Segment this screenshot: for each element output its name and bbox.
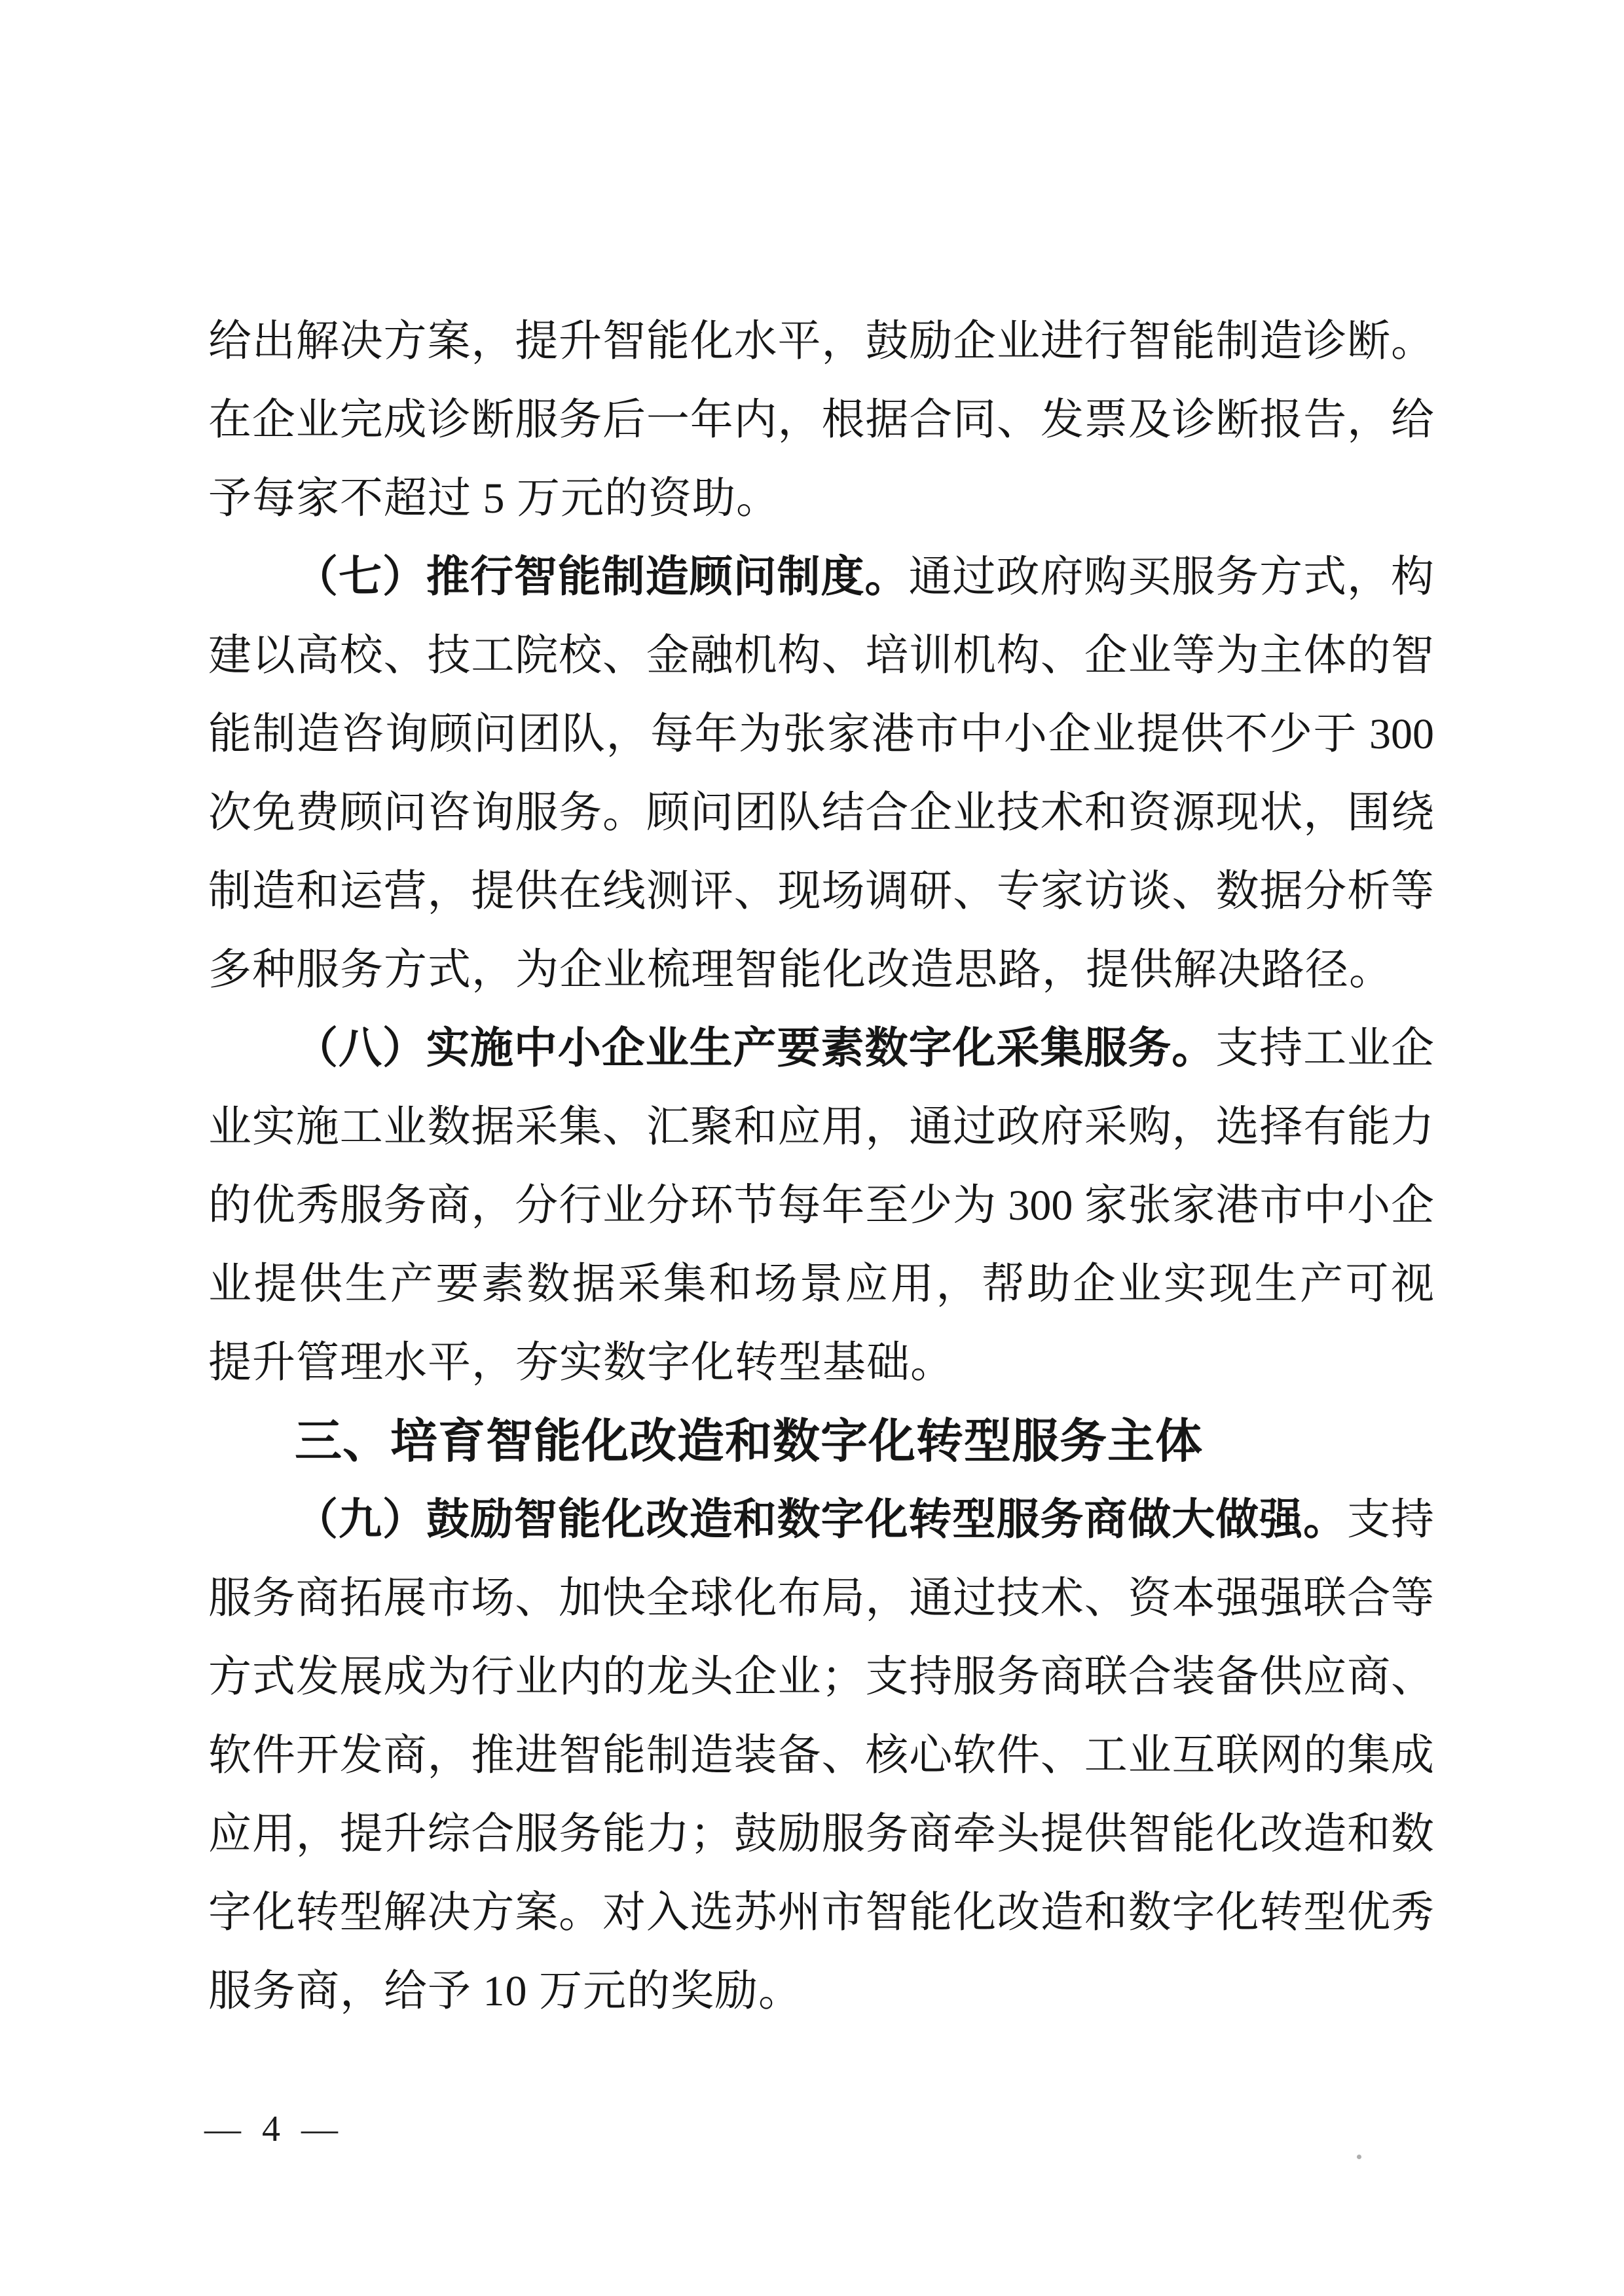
text-line: 业实施工业数据采集、汇聚和应用，通过政府采购，选择有能力 (208, 1088, 1434, 1167)
text-line: 建以高校、技工院校、金融机构、培训机构、企业等为主体的智 (208, 617, 1434, 695)
text-line: 多种服务方式，为企业梳理智能化改造思路，提供解决路径。 (208, 931, 1434, 1010)
text-segment: 业提供生产要素数据采集和场景应用，帮助企业实现生产可视化， (208, 1260, 1434, 1324)
text-line: 制造和运营，提供在线测评、现场调研、专家访谈、数据分析等 (208, 852, 1434, 931)
text-line: 应用，提升综合服务能力；鼓励服务商牵头提供智能化改造和数 (208, 1795, 1434, 1874)
page-footer: — 4 — (204, 2105, 339, 2153)
text-line: （九）鼓励智能化改造和数字化转型服务商做大做强。支持 (208, 1481, 1434, 1559)
text-line: 予每家不超过 5 万元的资助。 (208, 460, 1434, 538)
text-line: （七）推行智能制造顾问制度。通过政府购买服务方式，构 (208, 538, 1434, 617)
document-body: 给出解决方案，提升智能化水平，鼓励企业进行智能制造诊断。在企业完成诊断服务后一年… (208, 302, 1434, 2031)
text-segment: 三、培育智能化改造和数字化转型服务主体 (295, 1415, 1203, 1468)
text-segment: 予每家不超过 5 万元的资助。 (208, 475, 780, 522)
text-segment: 制造和运营，提供在线测评、现场调研、专家访谈、数据分析等 (208, 867, 1434, 915)
text-segment: 支持工业企 (1215, 1025, 1434, 1072)
text-line: （八）实施中小企业生产要素数字化采集服务。支持工业企 (208, 1010, 1434, 1088)
text-segment: 应用，提升综合服务能力；鼓励服务商牵头提供智能化改造和数 (208, 1810, 1434, 1858)
text-line: 业提供生产要素数据采集和场景应用，帮助企业实现生产可视化， (208, 1245, 1434, 1324)
text-segment: （八）实施中小企业生产要素数字化采集服务。 (295, 1025, 1215, 1072)
text-line: 能制造咨询顾问团队，每年为张家港市中小企业提供不少于 300 (208, 695, 1434, 774)
text-segment: 通过政府购买服务方式，构 (908, 553, 1434, 601)
text-segment: 给出解决方案，提升智能化水平，鼓励企业进行智能制造诊断。 (208, 318, 1434, 365)
text-line: 服务商，给予 10 万元的奖励。 (208, 1952, 1434, 2031)
text-segment: 的优秀服务商，分行业分环节每年至少为 300 家张家港市中小企 (208, 1182, 1434, 1230)
text-segment: （七）推行智能制造顾问制度。 (295, 553, 908, 601)
text-segment: （九）鼓励智能化改造和数字化转型服务商做大做强。 (295, 1496, 1347, 1544)
section-heading: 三、培育智能化改造和数字化转型服务主体 (208, 1402, 1434, 1481)
text-line: 给出解决方案，提升智能化水平，鼓励企业进行智能制造诊断。 (208, 302, 1434, 381)
text-segment: 业实施工业数据采集、汇聚和应用，通过政府采购，选择有能力 (208, 1103, 1434, 1151)
text-segment: 软件开发商，推进智能制造装备、核心软件、工业互联网的集成 (208, 1732, 1434, 1779)
text-segment: 服务商，给予 10 万元的奖励。 (208, 1967, 802, 2015)
text-line: 字化转型解决方案。对入选苏州市智能化改造和数字化转型优秀 (208, 1874, 1434, 1952)
text-line: 方式发展成为行业内的龙头企业；支持服务商联合装备供应商、 (208, 1638, 1434, 1717)
document-page: 给出解决方案，提升智能化水平，鼓励企业进行智能制造诊断。在企业完成诊断服务后一年… (0, 0, 1624, 2296)
text-segment: 在企业完成诊断服务后一年内，根据合同、发票及诊断报告，给 (208, 396, 1434, 444)
text-segment: 字化转型解决方案。对入选苏州市智能化改造和数字化转型优秀 (208, 1889, 1434, 1937)
text-segment: 能制造咨询顾问团队，每年为张家港市中小企业提供不少于 300 (208, 710, 1434, 758)
text-line: 次免费顾问咨询服务。顾问团队结合企业技术和资源现状，围绕 (208, 774, 1434, 852)
text-segment: 次免费顾问咨询服务。顾问团队结合企业技术和资源现状，围绕 (208, 789, 1434, 837)
text-line: 软件开发商，推进智能制造装备、核心软件、工业互联网的集成 (208, 1717, 1434, 1795)
text-line: 服务商拓展市场、加快全球化布局，通过技术、资本强强联合等 (208, 1559, 1434, 1638)
text-line: 提升管理水平，夯实数字化转型基础。 (208, 1324, 1434, 1402)
text-line: 的优秀服务商，分行业分环节每年至少为 300 家张家港市中小企 (208, 1167, 1434, 1245)
text-line: 在企业完成诊断服务后一年内，根据合同、发票及诊断报告，给 (208, 381, 1434, 460)
text-segment: 服务商拓展市场、加快全球化布局，通过技术、资本强强联合等 (208, 1575, 1434, 1622)
text-segment: 建以高校、技工院校、金融机构、培训机构、企业等为主体的智 (208, 632, 1434, 680)
scan-artifact-dot (1357, 2155, 1361, 2159)
text-segment: 支持 (1347, 1496, 1434, 1544)
text-segment: 提升管理水平，夯实数字化转型基础。 (208, 1339, 954, 1387)
text-segment: 多种服务方式，为企业梳理智能化改造思路，提供解决路径。 (208, 946, 1393, 994)
text-segment: 方式发展成为行业内的龙头企业；支持服务商联合装备供应商、 (208, 1653, 1434, 1701)
page-number: — 4 — (204, 2109, 339, 2149)
